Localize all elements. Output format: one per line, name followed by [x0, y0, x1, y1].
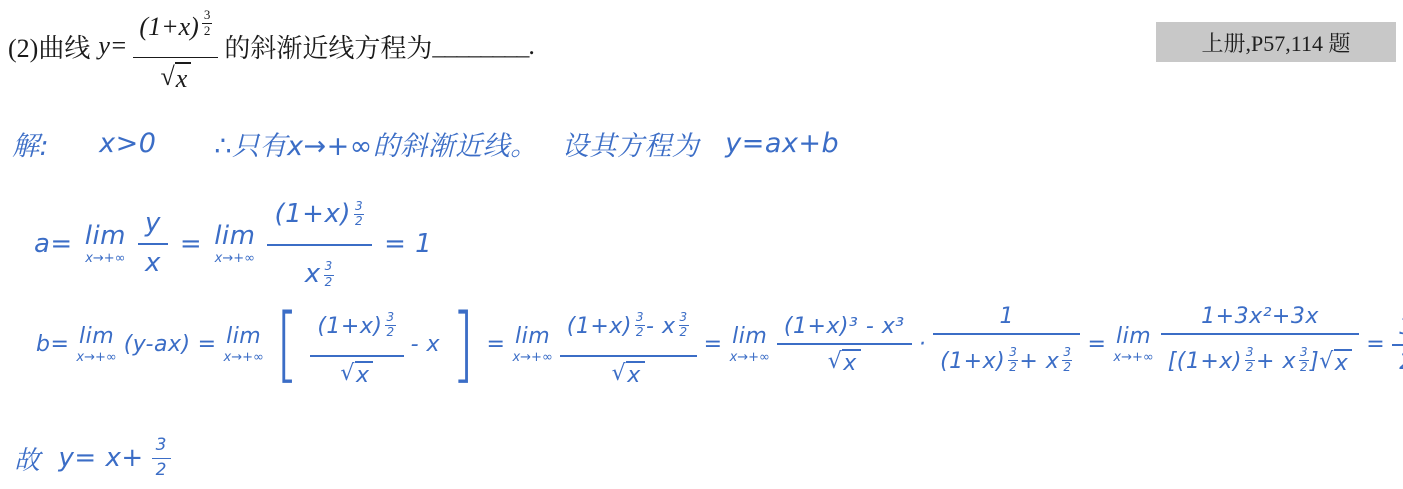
exponent-three-halves: 32 — [679, 311, 689, 339]
equals: = — [487, 332, 506, 357]
limit-operator: limx→+∞ — [85, 223, 126, 265]
sqrt-x: √x — [828, 349, 861, 376]
fraction-t5: 1+3x²+3x [(1+x)32+ x32]√x — [1161, 302, 1360, 388]
solution-marker: 解: — [12, 124, 49, 163]
fraction-numerator: (1+x)32 — [133, 0, 218, 58]
numerator: 1 — [933, 302, 1080, 335]
b-equals: b= — [36, 332, 69, 357]
problem-suffix: 的斜渐近线方程为 — [224, 28, 432, 65]
numerator: 1+3x²+3x — [1161, 302, 1360, 335]
denominator: √x — [560, 357, 697, 389]
denominator: [(1+x)32+ x32]√x — [1161, 335, 1360, 387]
equals: = — [180, 229, 202, 259]
reference-label: 上册,P57,114 题 — [1202, 27, 1351, 58]
exponent-three-halves: 32 — [1245, 346, 1255, 374]
limit-operator: limx→+∞ — [730, 326, 770, 364]
condition-x-positive: x>0 — [99, 128, 156, 159]
asymptote-note: ∴只有x→+∞的斜渐近线。 — [214, 124, 537, 163]
curve-fraction: (1+x)32 √x — [133, 0, 218, 96]
numerator: (1+x)32 — [267, 186, 372, 246]
y-minus-ax: (y-ax) — [124, 332, 191, 357]
sqrt-x: √x — [612, 361, 645, 388]
limit-operator: limx→+∞ — [76, 326, 116, 364]
minus-x: - x — [411, 332, 440, 357]
limit-operator: limx→+∞ — [512, 326, 552, 364]
exponent-three-halves: 32 — [202, 8, 213, 37]
denominator: √x — [310, 357, 403, 389]
set-equation-text: 设其方程为 — [562, 124, 700, 163]
equals: = — [198, 332, 217, 357]
limit-operator: limx→+∞ — [224, 326, 264, 364]
denominator: √x — [777, 345, 912, 377]
line-equation: y=ax+b — [725, 128, 839, 159]
solution-line-a: a= limx→+∞ y x = limx→+∞ (1+x)32 x32 = 1 — [34, 186, 432, 302]
solution-line-setup: 解: x>0 ∴只有x→+∞的斜渐近线。 设其方程为 y=ax+b — [12, 124, 839, 163]
a-equals: a= — [34, 229, 73, 259]
exponent-three-halves: 32 — [385, 311, 395, 339]
three-halves: 3 2 — [152, 436, 171, 480]
therefore-text: 故 — [14, 440, 41, 477]
fraction-t1: (1+x)32 √x — [310, 300, 403, 390]
equals: = — [1087, 332, 1106, 357]
result-three-halves: 3 2 — [1392, 313, 1403, 377]
equals: = — [1366, 332, 1385, 357]
fraction-t4: 1 (1+x)32+ x32 — [933, 302, 1080, 388]
answer-blank: ________ — [432, 31, 528, 61]
fraction-t2: (1+x)32- x32 √x — [560, 300, 697, 390]
solution-conclusion: 故 y= x+ 3 2 — [14, 436, 171, 480]
limit-operator: limx→+∞ — [214, 223, 255, 265]
exponent-three-halves: 32 — [1299, 346, 1309, 374]
multiplication-dot: · — [919, 332, 927, 357]
problem-statement: (2)曲线 y= (1+x)32 √x 的斜渐近线方程为 ________ . — [8, 4, 535, 88]
right-bracket: ] — [452, 308, 475, 382]
exponent-three-halves: 32 — [635, 311, 645, 339]
asymptote-equation: y= x+ — [59, 443, 144, 473]
fraction-y-over-x: y x — [138, 207, 168, 280]
math-worksheet-page: (2)曲线 y= (1+x)32 √x 的斜渐近线方程为 ________ . … — [0, 0, 1403, 489]
result-one: = 1 — [384, 229, 432, 259]
problem-number-and-text: (2)曲线 — [8, 28, 90, 65]
numerator: (1+x)³ - x³ — [777, 312, 912, 345]
denominator: (1+x)32+ x32 — [933, 335, 1080, 387]
exponent-three-halves: 32 — [1062, 346, 1072, 374]
fraction-t3: (1+x)³ - x³ √x — [777, 312, 912, 378]
numerator: (1+x)32 — [310, 300, 403, 357]
y-equals: y= — [98, 31, 127, 61]
left-bracket: [ — [276, 308, 299, 382]
textbook-reference-badge: 上册,P57,114 题 — [1156, 22, 1396, 62]
fraction-denominator: √x — [133, 58, 218, 96]
solution-line-b: b= limx→+∞ (y-ax) = limx→+∞ [ (1+x)32 √x… — [36, 300, 1403, 390]
sqrt-x: √x — [340, 361, 373, 388]
exponent-three-halves: 32 — [354, 200, 364, 228]
limit-operator: limx→+∞ — [1113, 326, 1153, 364]
fraction-1px-pow: (1+x)32 x32 — [267, 186, 372, 302]
period: . — [528, 31, 535, 61]
denominator: x32 — [267, 246, 372, 301]
equals: = — [704, 332, 723, 357]
sqrt-x: √x — [160, 62, 191, 94]
exponent-three-halves: 32 — [324, 260, 334, 288]
sqrt-x: √x — [1319, 349, 1352, 376]
numerator: (1+x)32- x32 — [560, 300, 697, 357]
exponent-three-halves: 32 — [1008, 346, 1018, 374]
